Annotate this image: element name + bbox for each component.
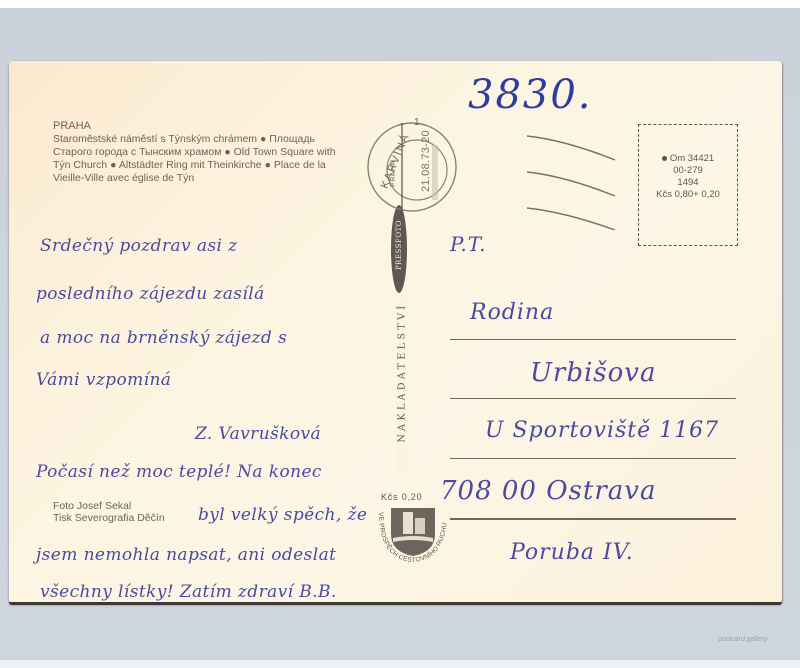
printer-credit: Tisk Severografia Děčín [53, 512, 165, 524]
message-line: všechny lístky! Zatím zdraví B.B. [40, 582, 337, 602]
message-line: posledního zájezdu zasílá [36, 284, 265, 304]
address-line: Poruba IV. [510, 540, 634, 565]
postage-line-3: 1494 [639, 177, 737, 189]
postage-line-4: Kčs 0,80+ 0,20 [639, 189, 737, 201]
message-line: Počasí než moc teplé! Na konec [36, 462, 322, 482]
postage-box: Om 34421 00-279 1494 Kčs 0,80+ 0,20 [638, 124, 738, 246]
message-line: byl velký spěch, že [198, 505, 367, 525]
signature: Z. Vavrušková [195, 424, 321, 444]
address-line: 708 00 Ostrava [440, 476, 656, 506]
address-salutation: P.T. [450, 232, 487, 256]
publisher-label: NAKLADATELSTVÍ [397, 268, 408, 478]
message-line: jsem nemohla napsat, ani odeslat [36, 545, 336, 565]
address-line: Urbišova [530, 358, 657, 388]
reference-number: 3830. [468, 72, 593, 118]
address-rule [450, 398, 736, 399]
postmark: 1 KARVINÁ 21.08.73-20 PRAHA [362, 115, 462, 215]
postmark-rings-icon [362, 115, 462, 215]
bullet-icon [662, 156, 667, 161]
message-line: a moc na brněnský zájezd s [40, 328, 287, 348]
address-line: U Sportoviště 1167 [485, 418, 719, 443]
watermark: postcard.gallery [718, 636, 767, 643]
backdrop-top [0, 0, 800, 8]
address-rule [450, 339, 736, 340]
logo-text: PRESSFOTO [395, 209, 403, 281]
caption-city: PRAHA [53, 120, 353, 133]
caption-text: Staroměstské náměstí s Týnským chrámem ●… [53, 133, 336, 184]
postage-line-1: Om 34421 [670, 153, 714, 164]
photo-credit: Foto Josef Sekal [53, 500, 165, 512]
postage-line-2: 00-279 [639, 165, 737, 177]
address-rule [450, 518, 736, 520]
charity-price: Kčs 0,20 [381, 492, 422, 502]
postcard-caption: PRAHA Staroměstské náměstí s Týnským chr… [53, 120, 353, 185]
pressfoto-logo: PRESSFOTO [391, 205, 407, 293]
print-credits: Foto Josef Sekal Tisk Severografia Děčín [53, 500, 165, 524]
postmark-office-number: 1 [414, 117, 420, 128]
postmark-sub-label: PRAHA [390, 160, 397, 187]
cancellation-waves-icon [525, 130, 625, 230]
message-line: Vámi vzpomíná [36, 370, 171, 390]
address-rule [450, 458, 736, 459]
postmark-date: 21.08.73-20 [420, 130, 432, 192]
backdrop-bottom [0, 660, 800, 668]
address-line: Rodina [470, 300, 554, 325]
message-line: Srdečný pozdrav asi z [40, 236, 237, 256]
